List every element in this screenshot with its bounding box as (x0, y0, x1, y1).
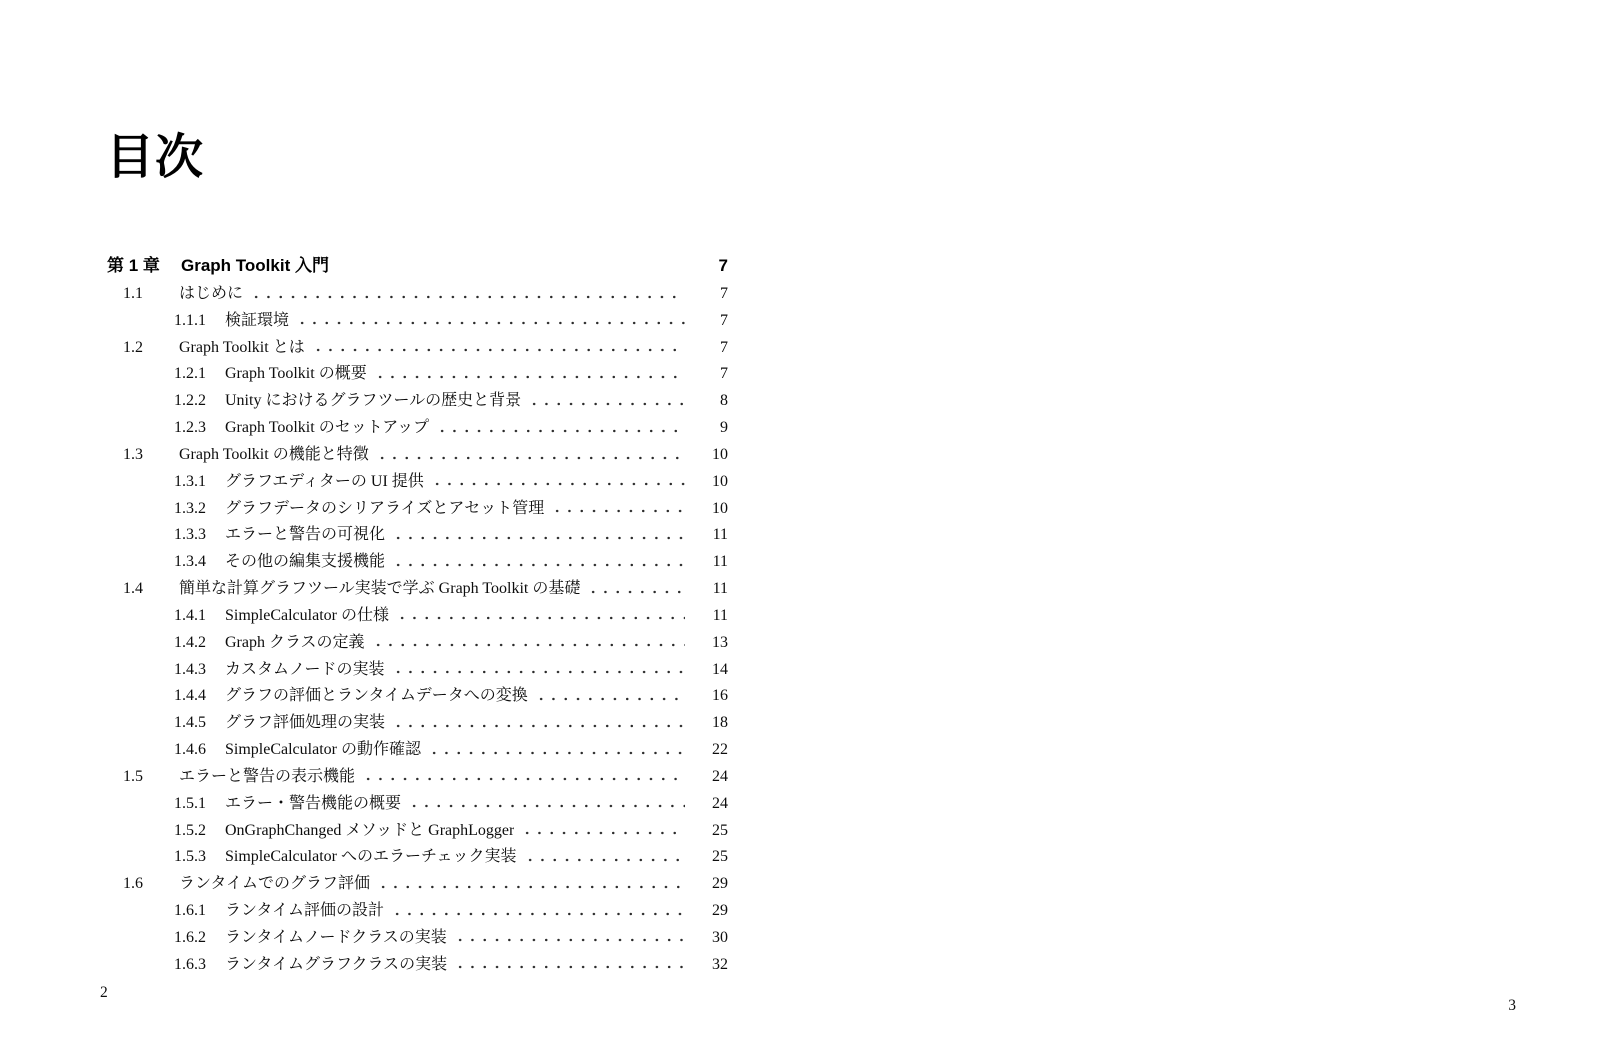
dot-leader (408, 791, 685, 818)
toc-entry[interactable]: 1.3.1 グラフエディターの UI 提供 10 (107, 469, 728, 496)
toc-entry-number: 1.2.1 (174, 361, 225, 388)
toc-entry-page: 11 (694, 549, 728, 576)
toc-entry-page: 9 (694, 415, 728, 442)
chapter-label: 第 1 章 (107, 251, 181, 281)
dot-leader (362, 764, 685, 791)
toc-entry-number: 1.3.2 (174, 496, 225, 523)
dot-leader (524, 844, 686, 871)
toc-entry-page: 18 (694, 710, 728, 737)
toc-entry-number: 1.1 (123, 281, 179, 308)
toc-entry-page: 11 (694, 522, 728, 549)
right-page: 1.6.4 インポーターでのランタイムグラフ変換 34 1.6.5 インポート時… (805, 0, 1610, 1044)
toc-entry[interactable]: 1.1.1 検証環境 7 (107, 308, 728, 335)
toc-entry-title: カスタムノードの実装 (225, 657, 385, 684)
toc-entry[interactable]: 1.2.3 Graph Toolkit のセットアップ 9 (107, 415, 728, 442)
toc-entry-page: 11 (694, 603, 728, 630)
toc-entry-page: 8 (694, 388, 728, 415)
toc-entry-number: 1.4.4 (174, 683, 225, 710)
chapter-page: 7 (694, 251, 728, 281)
dot-leader (296, 308, 685, 335)
toc-entry[interactable]: 1.6 ランタイムでのグラフ評価 29 (107, 871, 728, 898)
toc-entry-number: 1.3.4 (174, 549, 225, 576)
dot-leader (250, 281, 685, 308)
toc-entry-title: ランタイムでのグラフ評価 (179, 871, 370, 898)
toc-entry-page: 7 (694, 281, 728, 308)
toc-entry[interactable]: 1.3.3 エラーと警告の可視化 11 (107, 522, 728, 549)
dot-leader (312, 335, 685, 362)
toc-entry-title: ランタイムノードクラスの実装 (225, 925, 447, 952)
toc-entry-title: ランタイム評価の設計 (225, 898, 384, 925)
chapter-title: Graph Toolkit 入門 (181, 251, 694, 281)
toc-entry-page: 14 (694, 657, 728, 684)
dot-leader (436, 415, 685, 442)
toc-entry-page: 32 (694, 952, 728, 979)
toc-entry-title: エラー・警告機能の概要 (225, 791, 401, 818)
toc-entry-number: 1.6 (123, 871, 179, 898)
toc-entry[interactable]: 1.2 Graph Toolkit とは 7 (107, 335, 728, 362)
toc-entry[interactable]: 1.5 エラーと警告の表示機能 24 (107, 764, 728, 791)
dot-leader (454, 925, 685, 952)
toc-entry[interactable]: 1.2.1 Graph Toolkit の概要 7 (107, 361, 728, 388)
toc-entry-title: その他の編集支援機能 (225, 549, 385, 576)
toc-list-left: 第 1 章 Graph Toolkit 入門 7 1.1 はじめに 7 1.1.… (107, 251, 728, 979)
toc-entry-page: 29 (694, 898, 728, 925)
toc-entry-page: 24 (694, 791, 728, 818)
toc-entry-number: 1.6.2 (174, 925, 225, 952)
toc-entry-number: 1.5.2 (174, 818, 225, 845)
dot-leader (551, 496, 685, 523)
toc-entry-page: 7 (694, 361, 728, 388)
toc-title: 目次 (106, 130, 204, 185)
dot-leader (377, 871, 685, 898)
dot-leader (535, 683, 685, 710)
dot-leader (431, 469, 685, 496)
toc-entry-title: SimpleCalculator の仕様 (225, 603, 389, 630)
toc-entry-page: 25 (694, 818, 728, 845)
dot-leader (528, 388, 685, 415)
toc-entry[interactable]: 1.4.3 カスタムノードの実装 14 (107, 657, 728, 684)
toc-entry-title: エラーと警告の表示機能 (179, 764, 355, 791)
toc-entry-number: 1.4.5 (174, 710, 225, 737)
toc-entry-page: 30 (694, 925, 728, 952)
toc-entry[interactable]: 1.3.4 その他の編集支援機能 11 (107, 549, 728, 576)
dot-leader (428, 737, 685, 764)
toc-entry[interactable]: 1.1 はじめに 7 (107, 281, 728, 308)
toc-entry[interactable]: 1.4 簡単な計算グラフツール実装で学ぶ Graph Toolkit の基礎 1… (107, 576, 728, 603)
toc-entry-title: Graph クラスの定義 (225, 630, 365, 657)
toc-entry[interactable]: 1.5.3 SimpleCalculator へのエラーチェック実装 25 (107, 844, 728, 871)
toc-entry[interactable]: 1.4.2 Graph クラスの定義 13 (107, 630, 728, 657)
toc-entry[interactable]: 1.3.2 グラフデータのシリアライズとアセット管理 10 (107, 496, 728, 523)
toc-chapter-entry[interactable]: 第 1 章 Graph Toolkit 入門 7 (107, 251, 728, 281)
dot-leader (374, 361, 685, 388)
toc-entry-page: 13 (694, 630, 728, 657)
toc-entry-title: グラフエディターの UI 提供 (225, 469, 424, 496)
dot-leader (454, 952, 685, 979)
toc-entry[interactable]: 1.4.6 SimpleCalculator の動作確認 22 (107, 737, 728, 764)
toc-entry[interactable]: 1.4.1 SimpleCalculator の仕様 11 (107, 603, 728, 630)
toc-entry-title: OnGraphChanged メソッドと GraphLogger (225, 818, 514, 845)
toc-entry-number: 1.4.3 (174, 657, 225, 684)
toc-entry-page: 11 (694, 576, 728, 603)
dot-leader (392, 710, 685, 737)
toc-entry-title: SimpleCalculator の動作確認 (225, 737, 421, 764)
toc-entry-title: グラフデータのシリアライズとアセット管理 (225, 496, 544, 523)
toc-entry-title: グラフの評価とランタイムデータへの変換 (225, 683, 528, 710)
toc-entry-page: 10 (694, 469, 728, 496)
toc-entry-title: ランタイムグラフクラスの実装 (225, 952, 447, 979)
toc-entry-page: 10 (694, 442, 728, 469)
toc-entry[interactable]: 1.5.2 OnGraphChanged メソッドと GraphLogger 2… (107, 818, 728, 845)
toc-entry-number: 1.4.6 (174, 737, 225, 764)
dot-leader (376, 442, 685, 469)
dot-leader (372, 630, 685, 657)
toc-entry-page: 7 (694, 335, 728, 362)
toc-entry-page: 16 (694, 683, 728, 710)
toc-entry-title: SimpleCalculator へのエラーチェック実装 (225, 844, 517, 871)
toc-entry[interactable]: 1.5.1 エラー・警告機能の概要 24 (107, 791, 728, 818)
toc-entry-number: 1.2.2 (174, 388, 225, 415)
toc-entry-title: エラーと警告の可視化 (225, 522, 385, 549)
toc-entry-page: 7 (694, 308, 728, 335)
left-page-number: 2 (100, 984, 108, 1002)
toc-entry-title: Graph Toolkit の機能と特徴 (179, 442, 369, 469)
toc-entry-number: 1.2.3 (174, 415, 225, 442)
toc-entry-number: 1.1.1 (174, 308, 225, 335)
toc-entry-number: 1.5 (123, 764, 179, 791)
toc-entry-title: 簡単な計算グラフツール実装で学ぶ Graph Toolkit の基礎 (179, 576, 580, 603)
dot-leader (391, 898, 685, 925)
toc-entry-title: Graph Toolkit のセットアップ (225, 415, 429, 442)
toc-entry-title: グラフ評価処理の実装 (225, 710, 385, 737)
toc-entry[interactable]: 1.4.4 グラフの評価とランタイムデータへの変換 16 (107, 683, 728, 710)
toc-entry[interactable]: 1.3 Graph Toolkit の機能と特徴 10 (107, 442, 728, 469)
toc-entry-title: Graph Toolkit とは (179, 335, 305, 362)
toc-entry-number: 1.2 (123, 335, 179, 362)
toc-entry-page: 24 (694, 764, 728, 791)
toc-entry-number: 1.4 (123, 576, 179, 603)
toc-entry[interactable]: 1.6.2 ランタイムノードクラスの実装 30 (107, 925, 728, 952)
toc-entry-title: Graph Toolkit の概要 (225, 361, 367, 388)
dot-leader (392, 657, 685, 684)
toc-entry-number: 1.5.3 (174, 844, 225, 871)
dot-leader (392, 549, 685, 576)
left-page: 目次 第 1 章 Graph Toolkit 入門 7 1.1 はじめに 7 1… (0, 0, 805, 1044)
toc-entry[interactable]: 1.2.2 Unity におけるグラフツールの歴史と背景 8 (107, 388, 728, 415)
toc-entry-page: 25 (694, 844, 728, 871)
toc-entry-number: 1.3.3 (174, 522, 225, 549)
dot-leader (521, 818, 685, 845)
toc-entry-title: はじめに (179, 281, 243, 308)
toc-entry-title: 検証環境 (225, 308, 289, 335)
toc-entry-number: 1.4.2 (174, 630, 225, 657)
right-page-number: 3 (1508, 997, 1516, 1015)
toc-entry[interactable]: 1.6.3 ランタイムグラフクラスの実装 32 (107, 952, 728, 979)
toc-entry[interactable]: 1.6.1 ランタイム評価の設計 29 (107, 898, 728, 925)
toc-entry-page: 22 (694, 737, 728, 764)
toc-entry-page: 29 (694, 871, 728, 898)
toc-entry[interactable]: 1.4.5 グラフ評価処理の実装 18 (107, 710, 728, 737)
toc-entry-number: 1.3 (123, 442, 179, 469)
toc-entry-number: 1.6.1 (174, 898, 225, 925)
dot-leader (392, 522, 685, 549)
toc-entry-number: 1.3.1 (174, 469, 225, 496)
toc-entry-number: 1.5.1 (174, 791, 225, 818)
toc-entry-number: 1.6.3 (174, 952, 225, 979)
toc-entry-title: Unity におけるグラフツールの歴史と背景 (225, 388, 521, 415)
toc-entry-page: 10 (694, 496, 728, 523)
dot-leader (396, 603, 685, 630)
toc-entry-number: 1.4.1 (174, 603, 225, 630)
dot-leader (587, 576, 685, 603)
